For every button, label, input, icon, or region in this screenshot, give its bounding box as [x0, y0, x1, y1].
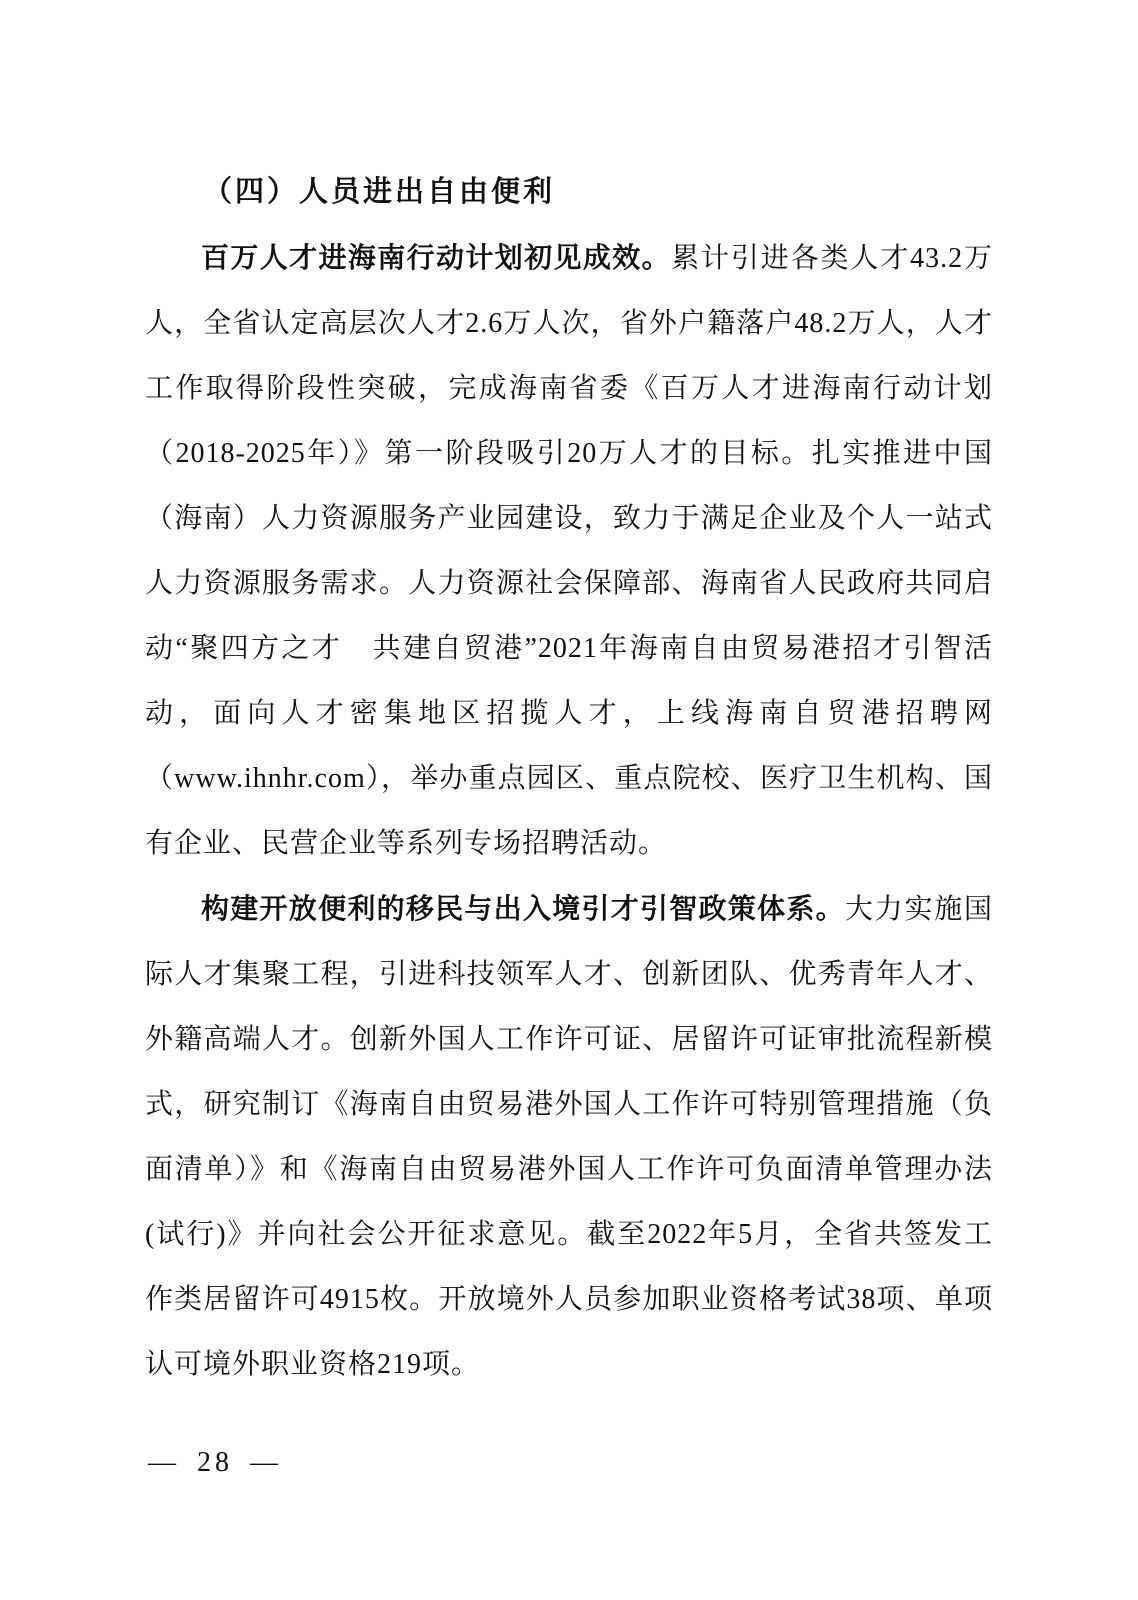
paragraph-2-lead: 构建开放便利的移民与出入境引才引智政策体系。 [201, 893, 845, 924]
page-content: （四）人员进出自由便利 百万人才进海南行动计划初见成效。累计引进各类人才43.2… [145, 160, 993, 1397]
paragraph-1-lead: 百万人才进海南行动计划初见成效。 [201, 242, 671, 273]
document-page: （四）人员进出自由便利 百万人才进海南行动计划初见成效。累计引进各类人才43.2… [0, 0, 1138, 1600]
paragraph-1: 百万人才进海南行动计划初见成效。累计引进各类人才43.2万人，全省认定高层次人才… [145, 225, 993, 876]
section-heading: （四）人员进出自由便利 [145, 160, 993, 225]
paragraph-2: 构建开放便利的移民与出入境引才引智政策体系。大力实施国际人才集聚工程，引进科技领… [145, 876, 993, 1397]
paragraph-1-body: 累计引进各类人才43.2万人，全省认定高层次人才2.6万人次，省外户籍落户48.… [145, 243, 993, 859]
page-number: — 28 — [148, 1443, 282, 1483]
paragraph-2-body: 大力实施国际人才集聚工程，引进科技领军人才、创新团队、优秀青年人才、外籍高端人才… [145, 894, 993, 1380]
